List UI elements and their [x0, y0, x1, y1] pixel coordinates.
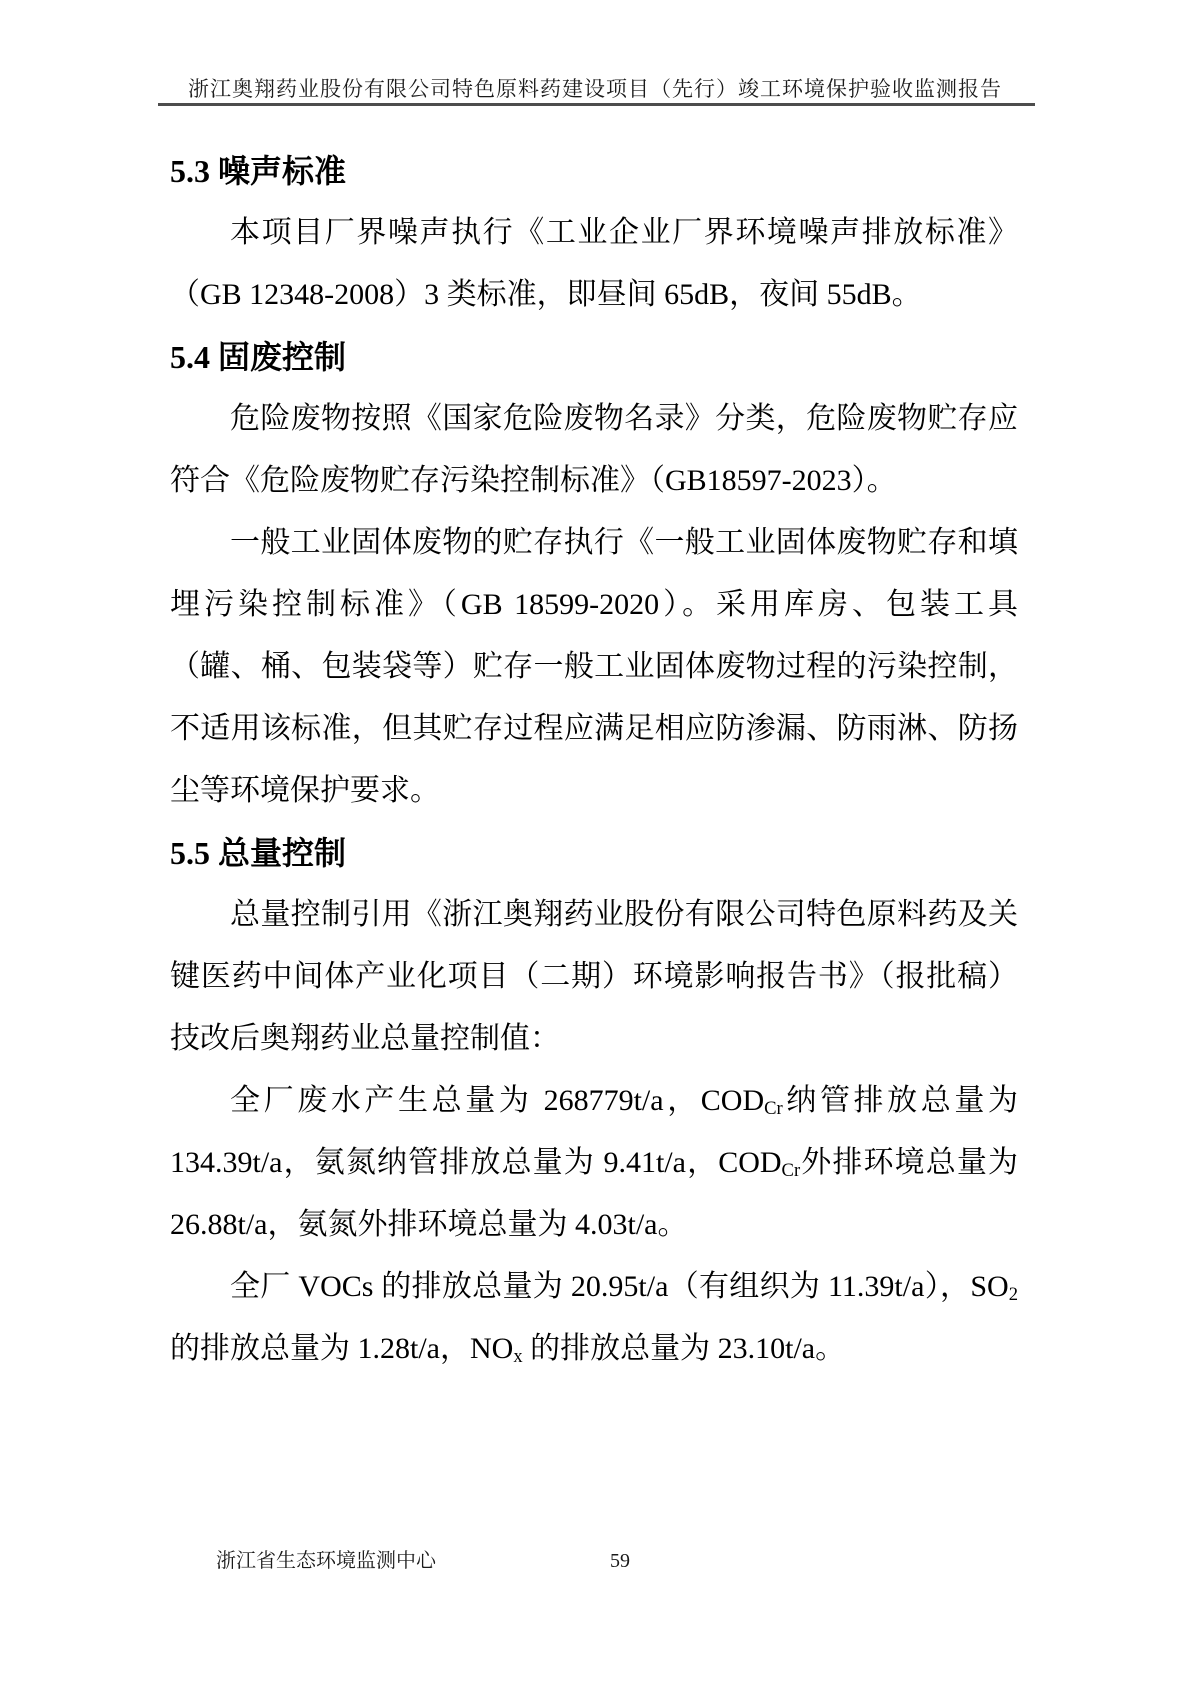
- paragraph: 全厂废水产生总量为 268779t/a，CODCr纳管排放总量为 134.39t…: [170, 1070, 1018, 1256]
- paragraph: 一般工业固体废物的贮存执行《一般工业固体废物贮存和填埋污染控制标准》（GB 18…: [170, 512, 1018, 822]
- section-heading-5-4: 5.4 固废控制: [170, 326, 1018, 388]
- paragraph: 本项目厂界噪声执行《工业企业厂界环境噪声排放标准》（GB 12348-2008）…: [170, 202, 1018, 326]
- paragraph: 全厂 VOCs 的排放总量为 20.95t/a（有组织为 11.39t/a），S…: [170, 1256, 1018, 1380]
- paragraph: 总量控制引用《浙江奥翔药业股份有限公司特色原料药及关键医药中间体产业化项目（二期…: [170, 884, 1018, 1070]
- header-rule: [158, 103, 1035, 106]
- running-header-title: 浙江奥翔药业股份有限公司特色原料药建设项目（先行）竣工环境保护验收监测报告: [0, 0, 1190, 102]
- paragraph: 危险废物按照《国家危险废物名录》分类，危险废物贮存应符合《危险废物贮存污染控制标…: [170, 388, 1018, 512]
- page-header: 浙江奥翔药业股份有限公司特色原料药建设项目（先行）竣工环境保护验收监测报告: [0, 0, 1190, 102]
- footer-organization: 浙江省生态环境监测中心: [216, 1548, 436, 1574]
- document-body: 5.3 噪声标准 本项目厂界噪声执行《工业企业厂界环境噪声排放标准》（GB 12…: [170, 140, 1018, 1380]
- section-heading-5-3: 5.3 噪声标准: [170, 140, 1018, 202]
- page-footer: 浙江省生态环境监测中心 59: [0, 1548, 1190, 1578]
- section-heading-5-5: 5.5 总量控制: [170, 822, 1018, 884]
- page-number: 59: [610, 1548, 630, 1574]
- document-page: 浙江奥翔药业股份有限公司特色原料药建设项目（先行）竣工环境保护验收监测报告 5.…: [0, 0, 1190, 1683]
